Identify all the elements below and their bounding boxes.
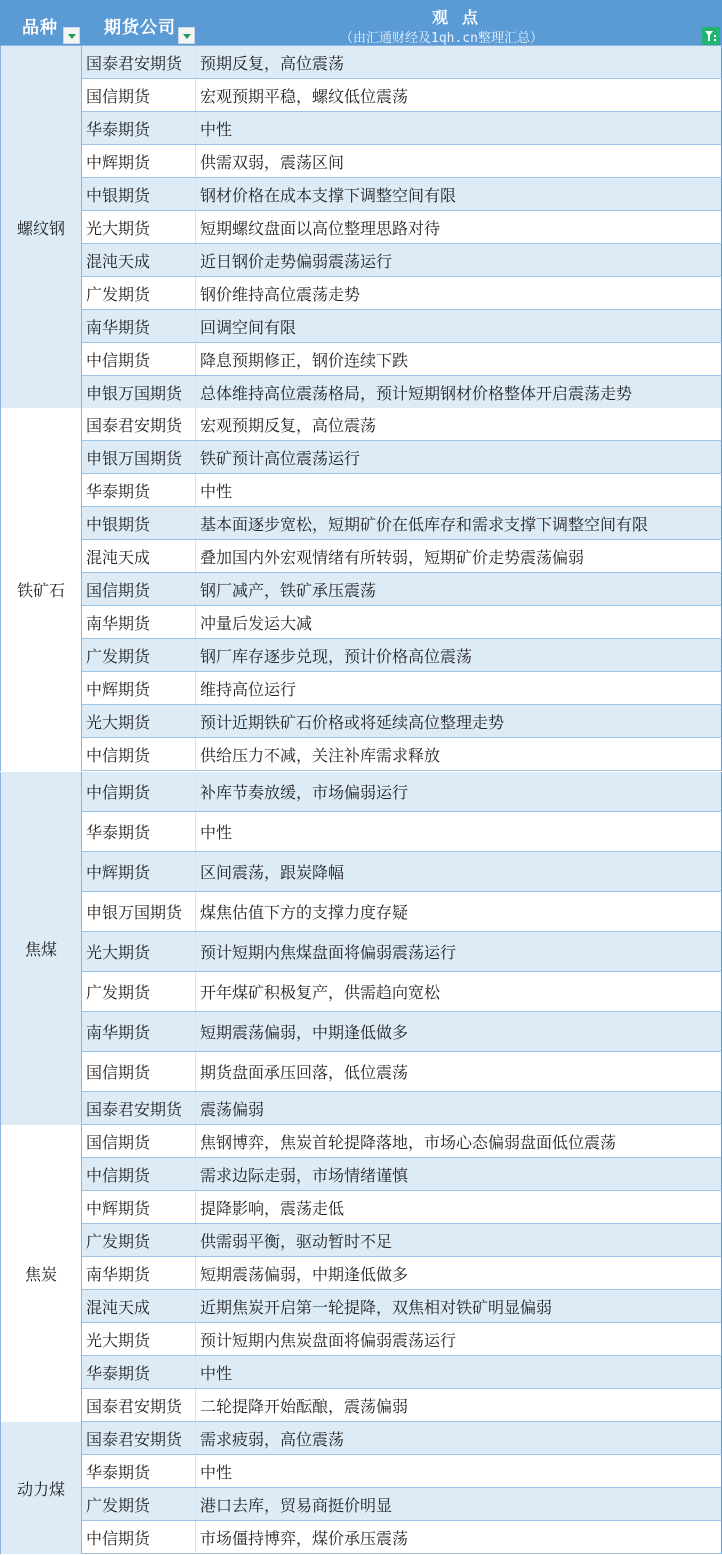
header-company: 期货公司: [104, 13, 176, 38]
table-row: 申银万国期货总体维持高位震荡格局，预计短期钢材价格整体开启震荡走势: [82, 376, 722, 409]
view-cell[interactable]: 开年煤矿积极复产，供需趋向宽松: [196, 972, 721, 1011]
company-cell[interactable]: 中辉期货: [82, 1191, 196, 1223]
table-row: 华泰期货中性: [82, 112, 722, 145]
futures-views-table: 品种 期货公司 观点 （由汇通财经及1qh.cn整理汇总） 螺纹钢国泰君安期货预…: [0, 0, 722, 1555]
company-cell[interactable]: 申银万国期货: [82, 376, 196, 408]
view-cell[interactable]: 震荡偏弱: [196, 1092, 721, 1124]
variety-cell[interactable]: 焦煤: [0, 772, 82, 1125]
view-cell[interactable]: 预计短期内焦炭盘面将偏弱震荡运行: [196, 1323, 721, 1355]
view-cell[interactable]: 近日钢价走势偏弱震荡运行: [196, 244, 721, 276]
view-cell[interactable]: 供需弱平衡，驱动暂时不足: [196, 1224, 721, 1256]
table-row: 国泰君安期货需求疲弱，高位震荡: [82, 1422, 722, 1455]
table-row: 广发期货钢价维持高位震荡走势: [82, 277, 722, 310]
view-cell[interactable]: 中性: [196, 474, 721, 506]
table-row: 国信期货宏观预期平稳，螺纹低位震荡: [82, 79, 722, 112]
group-thermal-coal: 动力煤国泰君安期货需求疲弱，高位震荡华泰期货中性广发期货港口去库，贸易商挺价明显…: [0, 1422, 722, 1554]
table-row: 中信期货市场僵持博弈，煤价承压震荡: [82, 1521, 722, 1554]
company-cell[interactable]: 中辉期货: [82, 852, 196, 891]
view-cell[interactable]: 焦钢博弈，焦炭首轮提降落地，市场心态偏弱盘面低位震荡: [196, 1125, 721, 1157]
company-cell[interactable]: 中辉期货: [82, 145, 196, 177]
view-cell[interactable]: 近期焦炭开启第一轮提降，双焦相对铁矿明显偏弱: [196, 1290, 721, 1322]
company-cell[interactable]: 广发期货: [82, 639, 196, 671]
company-cell[interactable]: 华泰期货: [82, 812, 196, 851]
table-row: 国泰君安期货二轮提降开始酝酿，震荡偏弱: [82, 1389, 722, 1422]
company-cell[interactable]: 华泰期货: [82, 112, 196, 144]
variety-cell[interactable]: 焦炭: [0, 1125, 82, 1422]
table-row: 中信期货降息预期修正，钢价连续下跌: [82, 343, 722, 376]
company-cell[interactable]: 华泰期货: [82, 1455, 196, 1487]
company-cell[interactable]: 南华期货: [82, 310, 196, 342]
table-row: 广发期货开年煤矿积极复产，供需趋向宽松: [82, 972, 722, 1012]
view-cell[interactable]: 冲量后发运大减: [196, 606, 721, 638]
group-coking-coal: 焦煤中信期货补库节奏放缓，市场偏弱运行华泰期货中性中辉期货区间震荡，跟炭降幅申银…: [0, 772, 722, 1125]
table-row: 国泰君安期货预期反复，高位震荡: [82, 46, 722, 79]
view-cell[interactable]: 降息预期修正，钢价连续下跌: [196, 343, 721, 375]
company-cell[interactable]: 中信期货: [82, 738, 196, 770]
view-cell[interactable]: 宏观预期平稳，螺纹低位震荡: [196, 79, 721, 111]
company-cell[interactable]: 中信期货: [82, 1158, 196, 1190]
header-view: 观点: [432, 5, 492, 28]
table-row: 光大期货预计短期内焦炭盘面将偏弱震荡运行: [82, 1323, 722, 1356]
view-cell[interactable]: 回调空间有限: [196, 310, 721, 342]
view-cell[interactable]: 钢厂减产，铁矿承压震荡: [196, 573, 721, 605]
table-row: 中辉期货区间震荡，跟炭降幅: [82, 852, 722, 892]
view-cell[interactable]: 供给压力不减，关注补库需求释放: [196, 738, 721, 770]
table-row: 广发期货港口去库，贸易商挺价明显: [82, 1488, 722, 1521]
view-cell[interactable]: 煤焦估值下方的支撑力度存疑: [196, 892, 721, 931]
view-cell[interactable]: 短期震荡偏弱，中期逢低做多: [196, 1257, 721, 1289]
company-cell[interactable]: 国信期货: [82, 1052, 196, 1091]
table-row: 中信期货供给压力不减，关注补库需求释放: [82, 738, 722, 771]
company-cell[interactable]: 申银万国期货: [82, 892, 196, 931]
company-cell[interactable]: 国信期货: [82, 573, 196, 605]
view-cell[interactable]: 短期螺纹盘面以高位整理思路对待: [196, 211, 721, 243]
company-cell[interactable]: 光大期货: [82, 211, 196, 243]
view-cell[interactable]: 市场僵持博弈，煤价承压震荡: [196, 1521, 721, 1553]
table-row: 华泰期货中性: [82, 1356, 722, 1389]
company-cell[interactable]: 中辉期货: [82, 672, 196, 704]
view-cell[interactable]: 叠加国内外宏观情绪有所转弱，短期矿价走势震荡偏弱: [196, 540, 721, 572]
company-cell[interactable]: 申银万国期货: [82, 441, 196, 473]
company-cell[interactable]: 南华期货: [82, 1012, 196, 1051]
view-cell[interactable]: 总体维持高位震荡格局，预计短期钢材价格整体开启震荡走势: [196, 376, 721, 408]
view-cell[interactable]: 需求疲弱，高位震荡: [196, 1422, 721, 1454]
header-view-subtitle: （由汇通财经及1qh.cn整理汇总）: [340, 27, 543, 46]
group-iron-ore: 铁矿石国泰君安期货宏观预期反复，高位震荡申银万国期货铁矿预计高位震荡运行华泰期货…: [0, 408, 722, 771]
table-row: 国信期货焦钢博弈，焦炭首轮提降落地，市场心态偏弱盘面低位震荡: [82, 1125, 722, 1158]
view-cell[interactable]: 维持高位运行: [196, 672, 721, 704]
view-cell[interactable]: 基本面逐步宽松，短期矿价在低库存和需求支撑下调整空间有限: [196, 507, 721, 539]
company-cell[interactable]: 光大期货: [82, 932, 196, 971]
company-cell[interactable]: 中信期货: [82, 772, 196, 811]
table-row: 中辉期货提降影响，震荡走低: [82, 1191, 722, 1224]
view-cell[interactable]: 短期震荡偏弱，中期逢低做多: [196, 1012, 721, 1051]
view-cell[interactable]: 预计近期铁矿石价格或将延续高位整理走势: [196, 705, 721, 737]
company-cell[interactable]: 广发期货: [82, 1224, 196, 1256]
company-cell[interactable]: 中信期货: [82, 343, 196, 375]
table-row: 广发期货供需弱平衡，驱动暂时不足: [82, 1224, 722, 1257]
view-cell[interactable]: 钢材价格在成本支撑下调整空间有限: [196, 178, 721, 210]
company-cell[interactable]: 中信期货: [82, 1521, 196, 1553]
company-dropdown-arrow-icon[interactable]: [178, 27, 195, 44]
table-row: 中银期货钢材价格在成本支撑下调整空间有限: [82, 178, 722, 211]
table-header: 品种 期货公司 观点 （由汇通财经及1qh.cn整理汇总）: [0, 0, 722, 46]
company-cell[interactable]: 广发期货: [82, 277, 196, 309]
view-cell[interactable]: 钢价维持高位震荡走势: [196, 277, 721, 309]
table-row: 光大期货预计短期内焦煤盘面将偏弱震荡运行: [82, 932, 722, 972]
table-row: 申银万国期货煤焦估值下方的支撑力度存疑: [82, 892, 722, 932]
table-row: 中辉期货供需双弱，震荡区间: [82, 145, 722, 178]
company-cell[interactable]: 光大期货: [82, 1323, 196, 1355]
view-cell[interactable]: 区间震荡，跟炭降幅: [196, 852, 721, 891]
company-cell[interactable]: 南华期货: [82, 606, 196, 638]
company-cell[interactable]: 国泰君安期货: [82, 1389, 196, 1421]
company-cell[interactable]: 国信期货: [82, 79, 196, 111]
group-rebar: 螺纹钢国泰君安期货预期反复，高位震荡国信期货宏观预期平稳，螺纹低位震荡华泰期货中…: [0, 46, 722, 409]
group-coke: 焦炭国信期货焦钢博弈，焦炭首轮提降落地，市场心态偏弱盘面低位震荡中信期货需求边际…: [0, 1125, 722, 1422]
table-row: 中辉期货维持高位运行: [82, 672, 722, 705]
company-cell[interactable]: 国泰君安期货: [82, 46, 196, 78]
company-cell[interactable]: 华泰期货: [82, 474, 196, 506]
view-cell[interactable]: 期货盘面承压回落，低位震荡: [196, 1052, 721, 1091]
table-row: 国泰君安期货震荡偏弱: [82, 1092, 722, 1125]
view-cell[interactable]: 供需双弱，震荡区间: [196, 145, 721, 177]
table-row: 华泰期货中性: [82, 474, 722, 507]
view-cell[interactable]: 中性: [196, 1356, 721, 1388]
view-cell[interactable]: 中性: [196, 812, 721, 851]
company-cell[interactable]: 国泰君安期货: [82, 1092, 196, 1124]
table-row: 南华期货回调空间有限: [82, 310, 722, 343]
view-cell[interactable]: 二轮提降开始酝酿，震荡偏弱: [196, 1389, 721, 1421]
company-cell[interactable]: 混沌天成: [82, 540, 196, 572]
table-row: 南华期货冲量后发运大减: [82, 606, 722, 639]
company-cell[interactable]: 华泰期货: [82, 1356, 196, 1388]
view-cell[interactable]: 铁矿预计高位震荡运行: [196, 441, 721, 473]
table-row: 光大期货短期螺纹盘面以高位整理思路对待: [82, 211, 722, 244]
company-cell[interactable]: 中银期货: [82, 507, 196, 539]
table-row: 南华期货短期震荡偏弱，中期逢低做多: [82, 1257, 722, 1290]
view-cell[interactable]: 需求边际走弱，市场情绪谨慎: [196, 1158, 721, 1190]
table-row: 广发期货钢厂库存逐步兑现，预计价格高位震荡: [82, 639, 722, 672]
table-row: 华泰期货中性: [82, 812, 722, 852]
view-cell[interactable]: 预计短期内焦煤盘面将偏弱震荡运行: [196, 932, 721, 971]
table-row: 混沌天成近期焦炭开启第一轮提降，双焦相对铁矿明显偏弱: [82, 1290, 722, 1323]
company-cell[interactable]: 广发期货: [82, 972, 196, 1011]
table-row: 中信期货补库节奏放缓，市场偏弱运行: [82, 772, 722, 812]
company-cell[interactable]: 国泰君安期货: [82, 1422, 196, 1454]
view-cell[interactable]: 钢厂库存逐步兑现，预计价格高位震荡: [196, 639, 721, 671]
company-cell[interactable]: 国信期货: [82, 1125, 196, 1157]
table-row: 国泰君安期货宏观预期反复，高位震荡: [82, 408, 722, 441]
variety-cell[interactable]: 螺纹钢: [0, 46, 82, 409]
view-cell[interactable]: 中性: [196, 1455, 721, 1487]
company-cell[interactable]: 广发期货: [82, 1488, 196, 1520]
table-row: 国信期货期货盘面承压回落，低位震荡: [82, 1052, 722, 1092]
company-cell[interactable]: 中银期货: [82, 178, 196, 210]
variety-dropdown-arrow-icon[interactable]: [63, 27, 80, 44]
table-row: 混沌天成叠加国内外宏观情绪有所转弱，短期矿价走势震荡偏弱: [82, 540, 722, 573]
company-cell[interactable]: 南华期货: [82, 1257, 196, 1289]
view-cell[interactable]: 港口去库，贸易商挺价明显: [196, 1488, 721, 1520]
table-row: 申银万国期货铁矿预计高位震荡运行: [82, 441, 722, 474]
view-cell[interactable]: 提降影响，震荡走低: [196, 1191, 721, 1223]
table-row: 华泰期货中性: [82, 1455, 722, 1488]
company-cell[interactable]: 光大期货: [82, 705, 196, 737]
table-row: 中银期货基本面逐步宽松，短期矿价在低库存和需求支撑下调整空间有限: [82, 507, 722, 540]
company-cell[interactable]: 混沌天成: [82, 244, 196, 276]
header-variety: 品种: [22, 13, 58, 38]
table-row: 光大期货预计近期铁矿石价格或将延续高位整理走势: [82, 705, 722, 738]
view-cell[interactable]: 中性: [196, 112, 721, 144]
variety-cell[interactable]: 铁矿石: [0, 408, 82, 771]
company-cell[interactable]: 国泰君安期货: [82, 408, 196, 440]
table-row: 国信期货钢厂减产，铁矿承压震荡: [82, 573, 722, 606]
table-row: 南华期货短期震荡偏弱，中期逢低做多: [82, 1012, 722, 1052]
view-cell[interactable]: 宏观预期反复，高位震荡: [196, 408, 721, 440]
view-cell[interactable]: 补库节奏放缓，市场偏弱运行: [196, 772, 721, 811]
company-cell[interactable]: 混沌天成: [82, 1290, 196, 1322]
view-cell[interactable]: 预期反复，高位震荡: [196, 46, 721, 78]
table-row: 混沌天成近日钢价走势偏弱震荡运行: [82, 244, 722, 277]
variety-cell[interactable]: 动力煤: [0, 1422, 82, 1554]
filter-icon[interactable]: [702, 27, 720, 45]
table-row: 中信期货需求边际走弱，市场情绪谨慎: [82, 1158, 722, 1191]
